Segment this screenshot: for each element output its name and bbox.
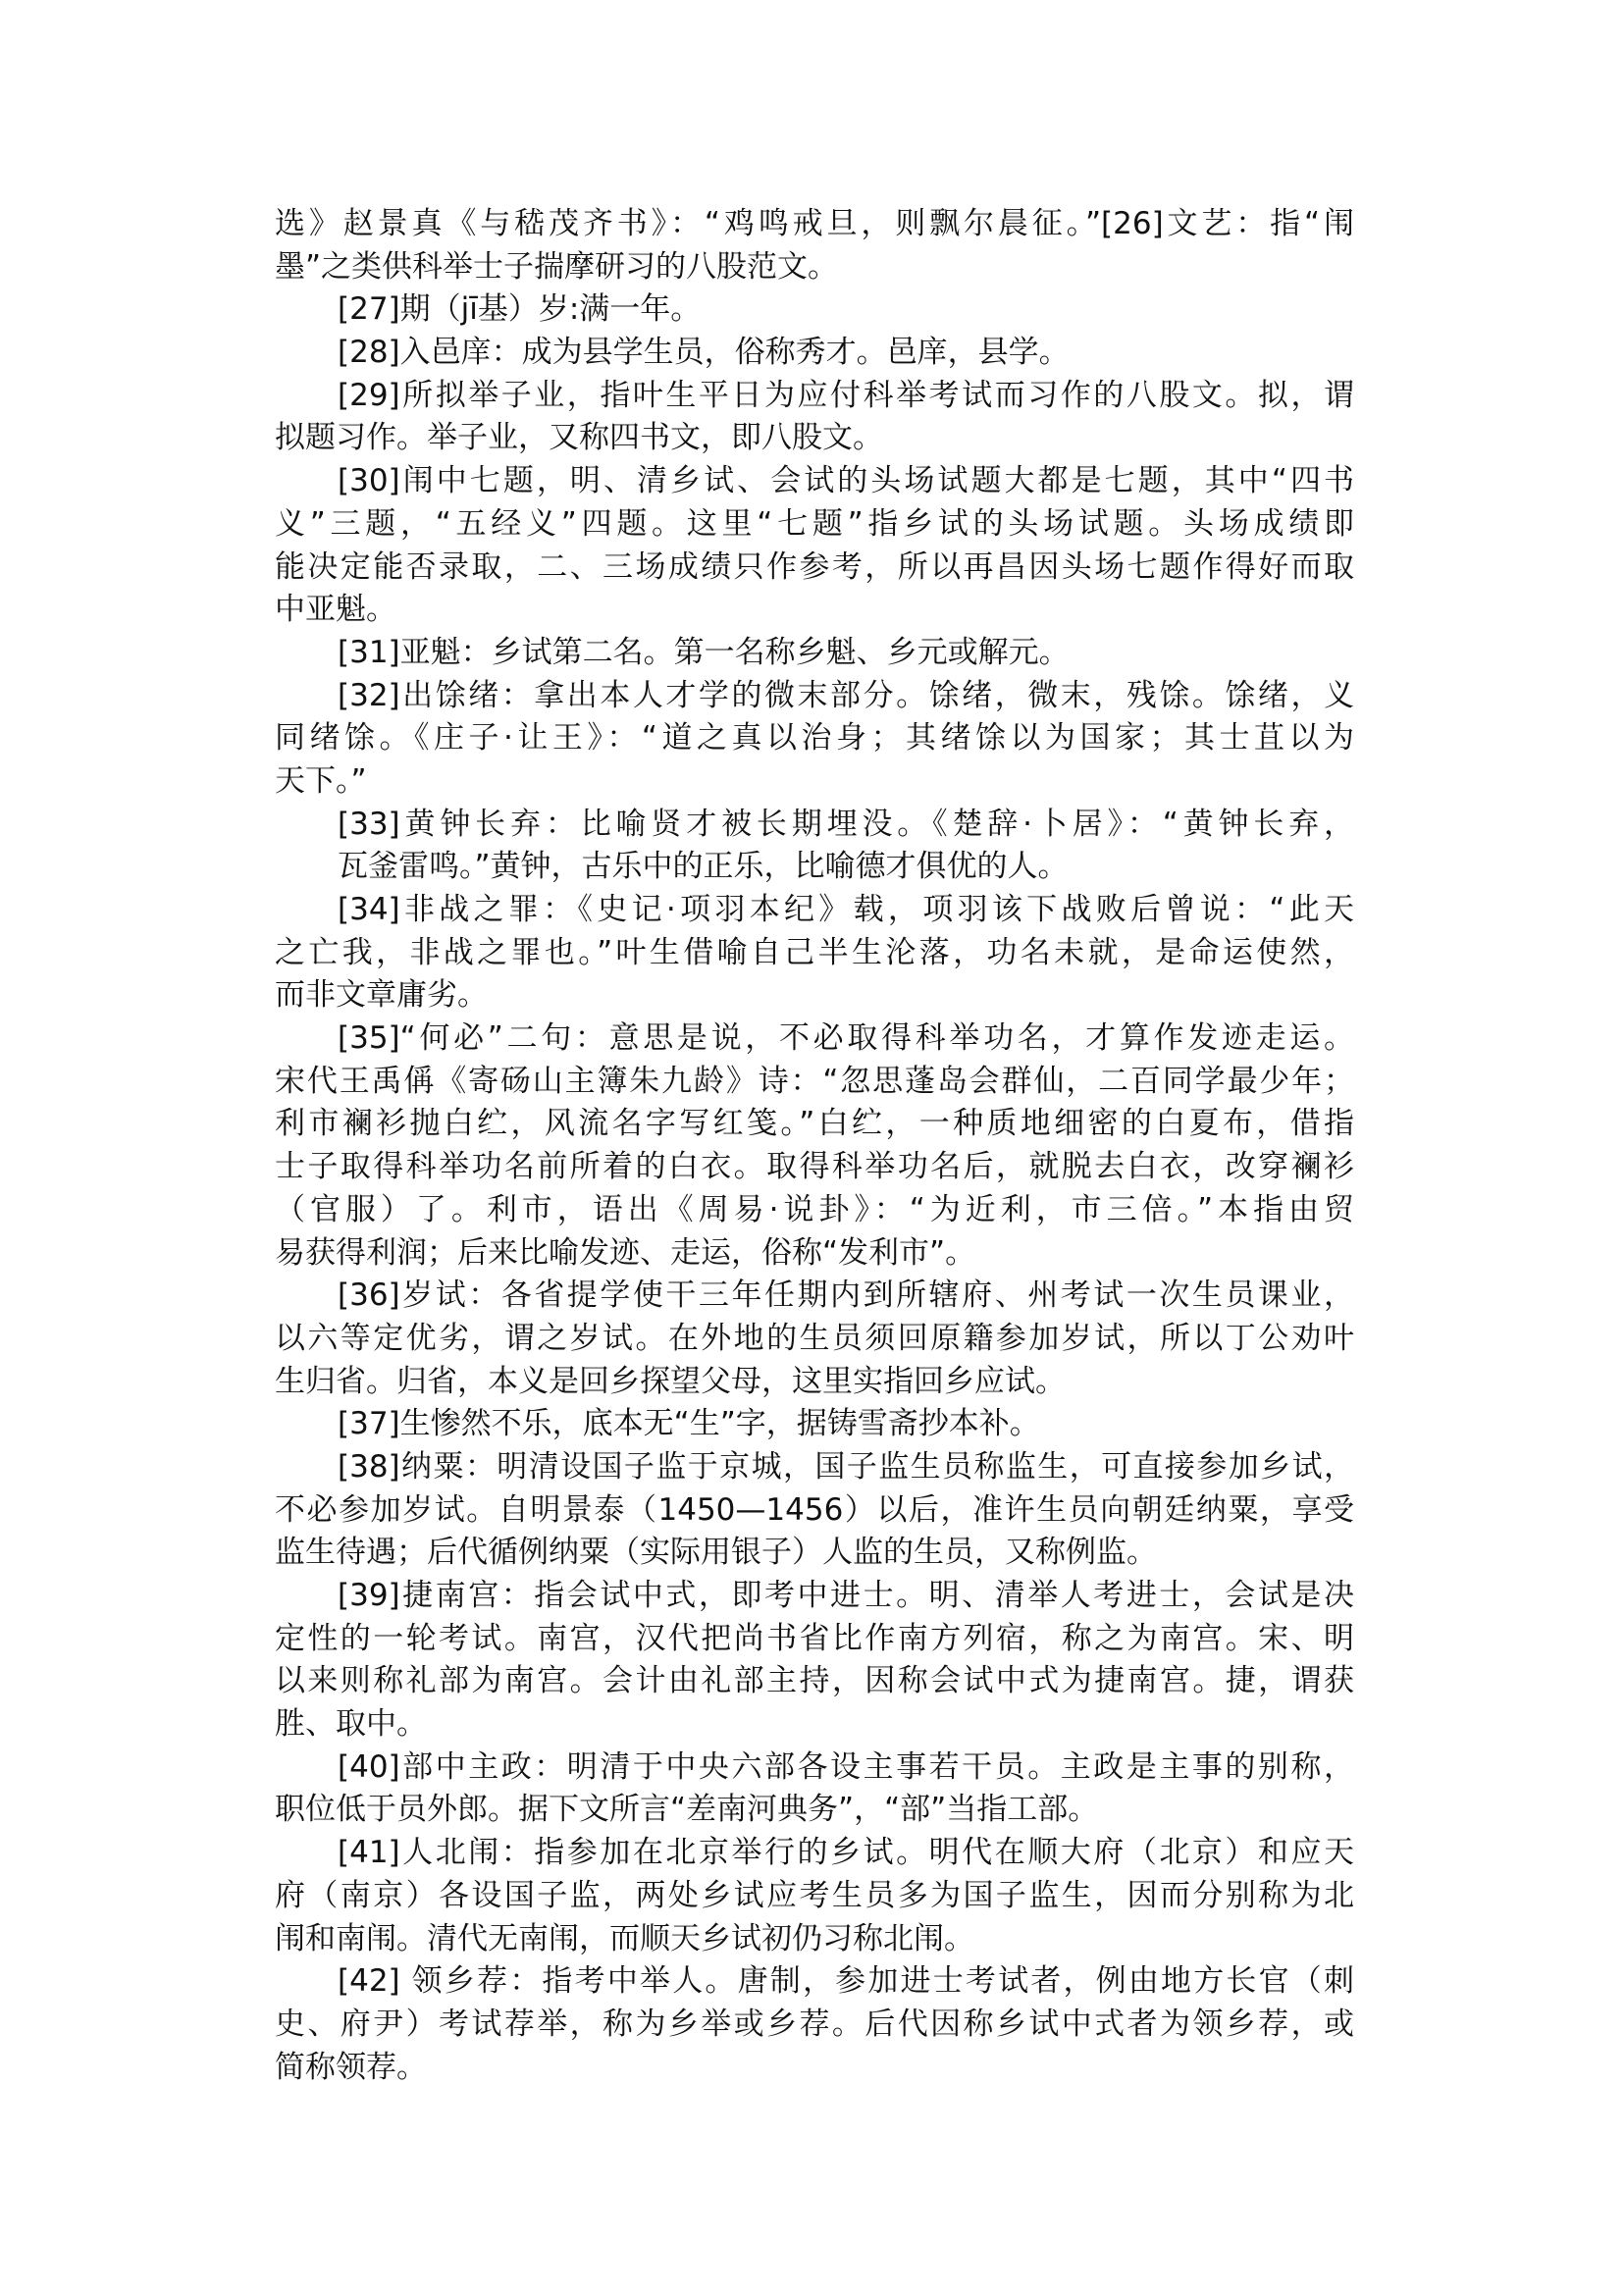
text-line: [35]“何必”二句：意思是说，不必取得科举功名，才算作发迹走运。 [275,1017,1354,1061]
text-line: 士子取得科举功名前所着的白衣。取得科举功名后，就脱去白衣，改穿襕衫 [275,1146,1354,1189]
text-line: 之亡我，非战之罪也。”叶生借喻自己半生沦落，功名未就，是命运使然， [275,932,1354,975]
text-line: （官服）了。利市，语出《周易·说卦》：“为近利，市三倍。”本指由贸 [275,1189,1354,1232]
text-line: [37]生惨然不乐，底本无“生”字，据铸雪斋抄本补。 [275,1403,1354,1446]
text-line: [33]黄钟长弃：比喻贤才被长期埋没。《楚辞·卜居》：“黄钟长弃， [275,804,1354,847]
text-line: 利市襕衫抛白纻，风流名字写红笺。”白纻，一种质地细密的白夏布，借指 [275,1103,1354,1146]
text-line: 不必参加岁试。自明景泰（1450—1456）以后，准许生员向朝廷纳粟，享受 [275,1489,1354,1533]
text-line: 生归省。归省，本义是回乡探望父母，这里实指回乡应试。 [275,1361,1354,1404]
annotation-text-block: 选》赵景真《与嵇茂齐书》：“鸡鸣戒旦，则飘尔晨征。”[26]文艺：指“闱墨”之类… [275,203,1354,2089]
text-line: 中亚魁。 [275,589,1354,632]
text-line: [30]闱中七题，明、清乡试、会试的头场试题大都是七题，其中“四书 [275,460,1354,503]
text-line: 拟题习作。举子业，又称四书文，即八股文。 [275,417,1354,460]
text-line: 天下。” [275,760,1354,804]
text-line: [38]纳粟：明清设国子监于京城，国子监生员称监生，可直接参加乡试， [275,1446,1354,1489]
text-line: [41]人北闱：指参加在北京举行的乡试。明代在顺大府（北京）和应天 [275,1832,1354,1875]
text-line: [31]亚魁：乡试第二名。第一名称乡魁、乡元或解元。 [275,632,1354,675]
text-line: [28]入邑庠：成为县学生员，俗称秀才。邑庠，县学。 [275,332,1354,375]
text-line: [42] 领乡荐：指考中举人。唐制，参加进士考试者，例由地方长官（刺 [275,1960,1354,2004]
text-line: [34]非战之罪：《史记·项羽本纪》载，项羽该下战败后曾说：“此天 [275,889,1354,932]
text-line: 定性的一轮考试。南宫，汉代把尚书省比作南方列宿，称之为南宫。宋、明 [275,1618,1354,1661]
text-line: 监生待遇；后代循例纳粟（实际用银子）人监的生员，又称例监。 [275,1532,1354,1575]
text-line: 同绪馀。《庄子·让王》：“道之真以治身；其绪馀以为国家；其士苴以为 [275,717,1354,760]
text-line: [27]期（jī基）岁:满一年。 [275,288,1354,332]
text-line: 易获得利润；后来比喻发迹、走运，俗称“发利市”。 [275,1232,1354,1276]
text-line: [32]出馀绪：拿出本人才学的微末部分。馀绪，微末，残馀。馀绪，义 [275,675,1354,718]
text-line: 胜、取中。 [275,1703,1354,1747]
text-line: 能决定能否录取，二、三场成绩只作参考，所以再昌因头场七题作得好而取 [275,547,1354,590]
text-line: [39]捷南宫：指会试中式，即考中进士。明、清举人考进士，会试是决 [275,1575,1354,1618]
text-line: 而非文章庸劣。 [275,974,1354,1017]
text-line: 义”三题，“五经义”四题。这里“七题”指乡试的头场试题。头场成绩即 [275,503,1354,547]
text-line: [29]所拟举子业，指叶生平日为应付科举考试而习作的八股文。拟，谓 [275,375,1354,418]
text-line: 简称领荐。 [275,2047,1354,2090]
text-line: 闱和南闱。清代无南闱，而顺天乡试初仍习称北闱。 [275,1918,1354,1961]
text-line: 宋代王禹偁《寄砀山主簿朱九龄》诗：“忽思蓬岛会群仙，二百同学最少年； [275,1061,1354,1104]
text-line: 史、府尹）考试荐举，称为乡举或乡荐。后代因称乡试中式者为领乡荐，或 [275,2004,1354,2047]
text-line: 选》赵景真《与嵇茂齐书》：“鸡鸣戒旦，则飘尔晨征。”[26]文艺：指“闱 [275,203,1354,246]
text-line: 职位低于员外郎。据下文所言“差南河典务”，“部”当指工部。 [275,1789,1354,1832]
text-line: 以六等定优劣，谓之岁试。在外地的生员须回原籍参加岁试，所以丁公劝叶 [275,1318,1354,1361]
text-line: 以来则称礼部为南宫。会计由礼部主持，因称会试中式为捷南宫。捷，谓获 [275,1660,1354,1703]
text-line: 府（南京）各设国子监，两处乡试应考生员多为国子监生，因而分别称为北 [275,1875,1354,1918]
annotation-page: 选》赵景真《与嵇茂齐书》：“鸡鸣戒旦，则飘尔晨征。”[26]文艺：指“闱墨”之类… [275,203,1354,2089]
text-line: 瓦釜雷鸣。”黄钟，古乐中的正乐，比喻德才俱优的人。 [275,846,1354,889]
text-line: [40]部中主政：明清于中央六部各设主事若干员。主政是主事的别称， [275,1747,1354,1790]
text-line: 墨”之类供科举士子揣摩研习的八股范文。 [275,246,1354,289]
text-line: [36]岁试：各省提学使干三年任期内到所辖府、州考试一次生员课业， [275,1275,1354,1318]
